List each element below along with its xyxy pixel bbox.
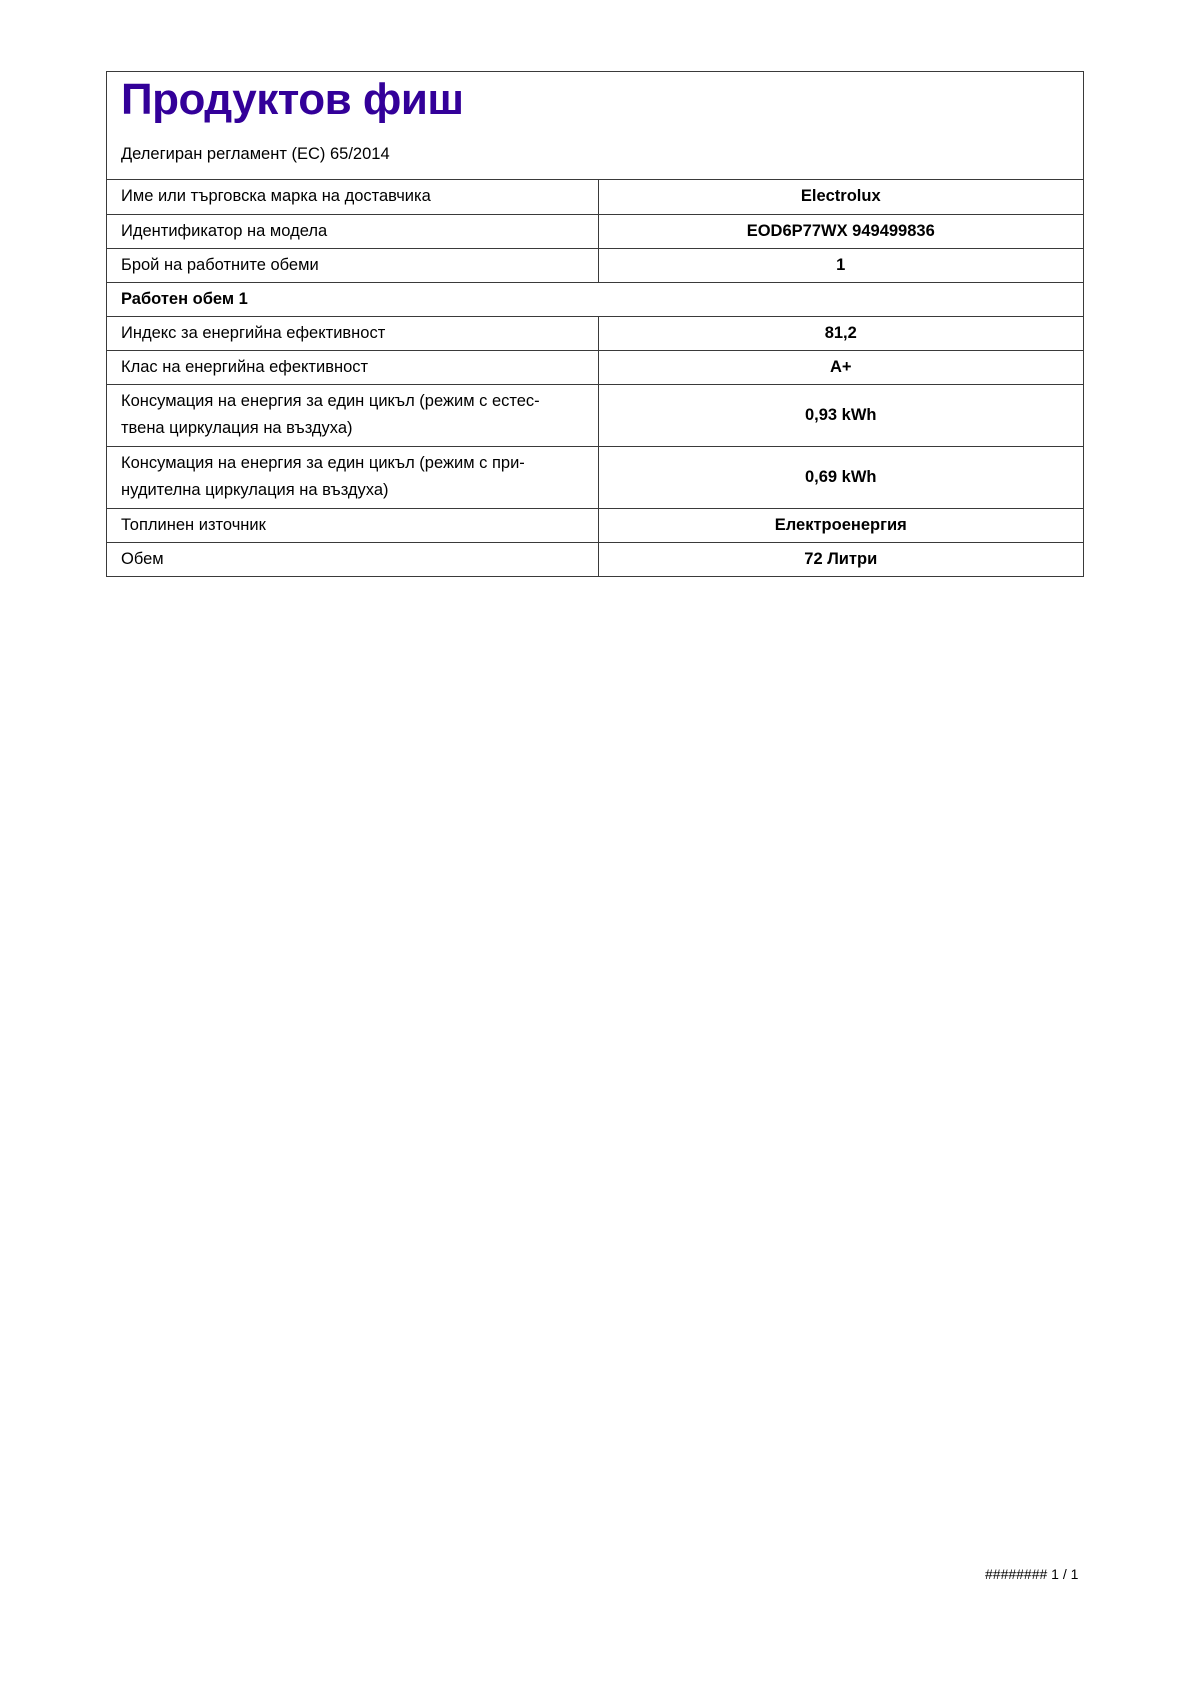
row-value-forced-air-consumption: 0,69 kWh: [598, 446, 1083, 508]
section-title: Работен обем 1: [107, 282, 1083, 316]
row-value-model: EOD6P77WX 949499836: [598, 214, 1083, 248]
row-value-supplier: Electrolux: [598, 180, 1083, 214]
row-label-model: Идентификатор на модела: [107, 214, 598, 248]
row-value-conventional-consumption: 0,93 kWh: [598, 384, 1083, 446]
section-row: Работен обем 1: [107, 282, 1083, 316]
row-label-supplier: Име или търговска марка на доставчика: [107, 180, 598, 214]
table-row: Брой на работните обеми 1: [107, 248, 1083, 282]
row-label-energy-class: Клас на енергийна ефективност: [107, 350, 598, 384]
table-row: Консумация на енергия за един цикъл (реж…: [107, 384, 1083, 446]
label-line: Консумация на енергия за един цикъл (реж…: [121, 454, 525, 472]
table-row: Индекс за енергийна ефективност 81,2: [107, 316, 1083, 350]
label-line: Консумация на енергия за един цикъл (реж…: [121, 392, 540, 410]
row-label-eei: Индекс за енергийна ефективност: [107, 316, 598, 350]
table-row: Обем 72 Литри: [107, 542, 1083, 576]
regulation-subtitle: Делегиран регламент (ЕС) 65/2014: [121, 145, 390, 164]
table-row: Идентификатор на модела EOD6P77WX 949499…: [107, 214, 1083, 248]
row-label-heat-source: Топлинен източник: [107, 508, 598, 542]
row-label-volume: Обем: [107, 542, 598, 576]
row-value-cavities: 1: [598, 248, 1083, 282]
row-label-conventional-consumption: Консумация на енергия за един цикъл (реж…: [107, 384, 598, 446]
table-row: Топлинен източник Електроенергия: [107, 508, 1083, 542]
product-fiche: Продуктов фиш Делегиран регламент (ЕС) 6…: [106, 71, 1084, 577]
row-label-forced-air-consumption: Консумация на енергия за един цикъл (реж…: [107, 446, 598, 508]
row-value-eei: 81,2: [598, 316, 1083, 350]
fiche-header: Продуктов фиш Делегиран регламент (ЕС) 6…: [107, 72, 1083, 180]
label-line: нудителна циркулация на въздуха): [121, 481, 389, 499]
row-value-heat-source: Електроенергия: [598, 508, 1083, 542]
table-row: Име или търговска марка на доставчика El…: [107, 180, 1083, 214]
page-title: Продуктов фиш: [121, 75, 464, 125]
page-footer: ######## 1 / 1: [985, 1566, 1078, 1582]
label-line: твена циркулация на въздуха): [121, 419, 353, 437]
row-value-energy-class: A+: [598, 350, 1083, 384]
table-row: Клас на енергийна ефективност A+: [107, 350, 1083, 384]
row-label-cavities: Брой на работните обеми: [107, 248, 598, 282]
fiche-table: Име или търговска марка на доставчика El…: [107, 180, 1083, 576]
row-value-volume: 72 Литри: [598, 542, 1083, 576]
table-row: Консумация на енергия за един цикъл (реж…: [107, 446, 1083, 508]
